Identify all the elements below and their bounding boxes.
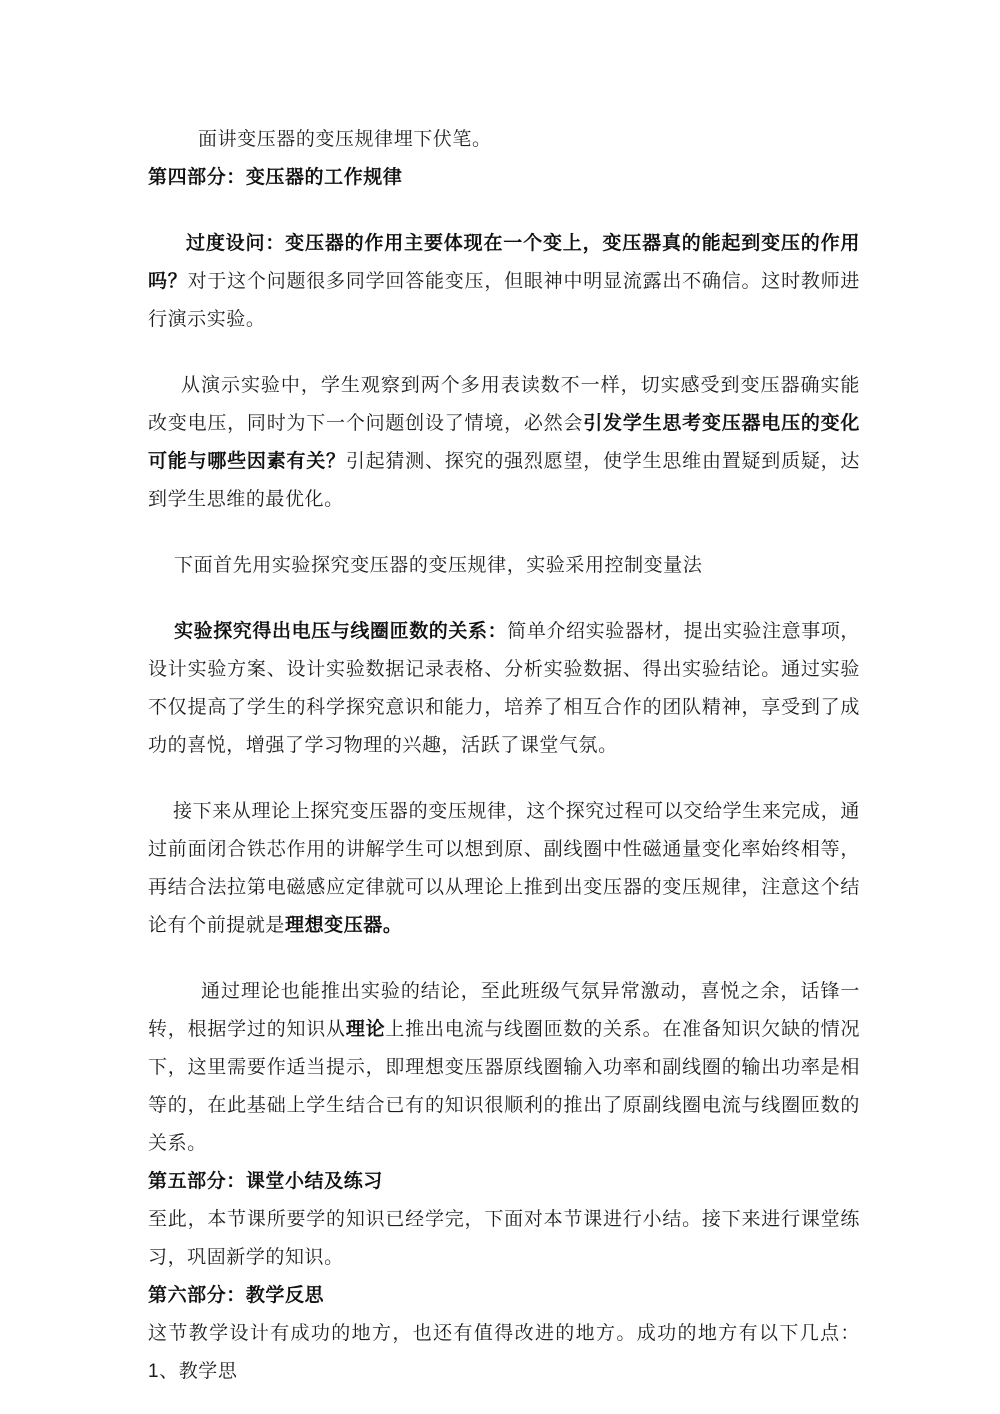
heading-part-5: 第五部分：课堂小结及练习 [148, 1163, 860, 1201]
text-run: 下面首先用实验探究变压器的变压规律，实验采用控制变量法 [174, 555, 702, 576]
paragraph-theory-derivation: 接下来从理论上探究变压器的变压规律，这个探究过程可以交给学生来完成，通过前面闭合… [148, 793, 860, 945]
paragraph-experiment-exploration: 实验探究得出电压与线圈匝数的关系：简单介绍实验器材，提出实验注意事项，设计实验方… [148, 613, 860, 765]
document-page: 面讲变压器的变压规律埋下伏笔。 第四部分：变压器的工作规律 过度设问：变压器的作… [0, 0, 1000, 1414]
paragraph-theory-conclusion: 通过理论也能推出实验的结论，至此班级气氛异常激动，喜悦之余，话锋一转，根据学过的… [148, 973, 860, 1163]
text-run: 面讲变压器的变压规律埋下伏笔。 [198, 129, 492, 150]
bold-text-run: 理想变压器。 [285, 915, 402, 936]
text-run: 对于这个问题很多同学回答能变压，但眼神中明显流露出不确信。这时教师进行演示实验。 [148, 271, 860, 330]
paragraph-summary-practice: 至此，本节课所要学的知识已经学完，下面对本节课进行小结。接下来进行课堂练习，巩固… [148, 1201, 860, 1277]
paragraph-teaching-reflection: 这节教学设计有成功的地方，也还有值得改进的地方。成功的地方有以下几点：1、教学思 [148, 1315, 860, 1391]
text-run: 接下来从理论上探究变压器的变压规律，这个探究过程可以交给学生来完成，通过前面闭合… [148, 801, 860, 936]
heading-text: 第六部分：教学反思 [148, 1285, 324, 1306]
bold-text-run: 理论 [346, 1019, 386, 1040]
heading-text: 第四部分：变压器的工作规律 [148, 167, 402, 188]
heading-part-6: 第六部分：教学反思 [148, 1277, 860, 1315]
bold-text-run: 实验探究得出电压与线圈匝数的关系： [174, 621, 507, 642]
heading-text: 第五部分：课堂小结及练习 [148, 1171, 383, 1192]
paragraph-transition-question: 过度设问：变压器的作用主要体现在一个变上，变压器真的能起到变压的作用吗？对于这个… [148, 225, 860, 339]
paragraph-experiment-intro: 下面首先用实验探究变压器的变压规律，实验采用控制变量法 [148, 547, 860, 585]
heading-part-4: 第四部分：变压器的工作规律 [148, 159, 860, 197]
paragraph-demo-experiment: 从演示实验中，学生观察到两个多用表读数不一样，切实感受到变压器确实能改变电压，同… [148, 367, 860, 519]
paragraph-carryover: 面讲变压器的变压规律埋下伏笔。 [148, 121, 860, 159]
text-run: 这节教学设计有成功的地方，也还有值得改进的地方。成功的地方有以下几点：1、教学思 [148, 1323, 860, 1382]
text-run: 至此，本节课所要学的知识已经学完，下面对本节课进行小结。接下来进行课堂练习，巩固… [148, 1209, 860, 1268]
